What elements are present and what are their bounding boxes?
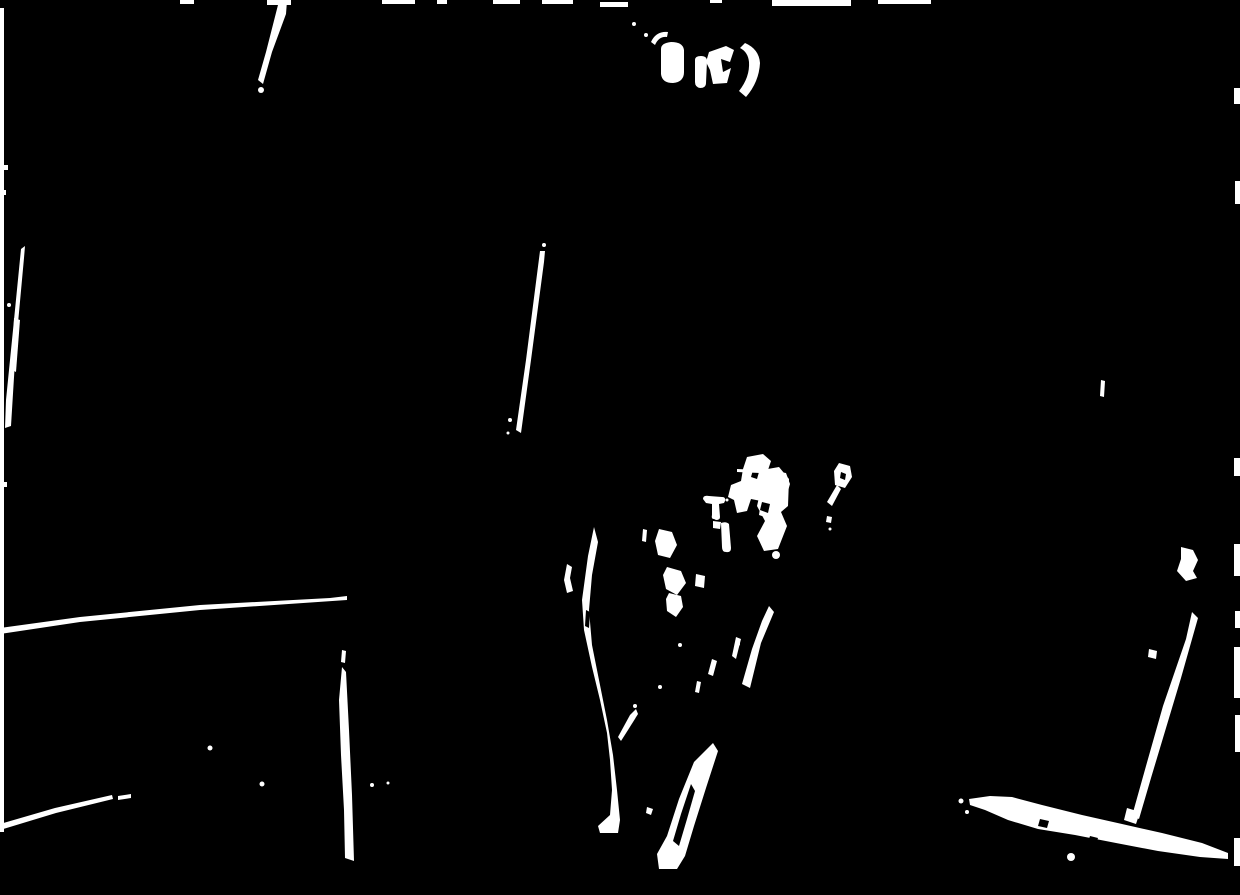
top-margin-dash-1 [180, 0, 194, 4]
hook-dash [826, 516, 832, 523]
mid-streak-dot-2 [507, 432, 510, 435]
right-margin-dash-6 [1234, 647, 1240, 698]
hook-dot [829, 528, 832, 531]
binarized-micrograph [0, 0, 1240, 895]
top-margin-dash-10 [878, 0, 931, 4]
right-margin-dash-2 [1235, 181, 1240, 204]
left-sliver-speck [7, 303, 11, 307]
figure-page: b [0, 0, 1240, 895]
dot-mid-left-3 [370, 783, 374, 787]
cluster-dot-circle [772, 551, 780, 559]
left-edge-tick-1 [0, 165, 8, 170]
top-margin-dash-8 [710, 0, 722, 3]
leg-dot-1 [678, 643, 682, 647]
left-edge-tick-2 [0, 190, 6, 195]
panel-label-mid-bar [695, 56, 707, 88]
cluster-dot-small [726, 499, 729, 502]
left-margin-strip [0, 8, 4, 832]
panel-label-left-oval [661, 42, 684, 83]
dot-mid-left-1 [208, 746, 213, 751]
panel-label-speck-2 [644, 33, 648, 37]
wedge-dot-2 [965, 810, 969, 814]
right-margin-dash-5 [1235, 611, 1240, 628]
wedge-dot-3 [1067, 853, 1075, 861]
right-margin-dash-4 [1234, 544, 1240, 576]
panel-label-speck-1 [632, 22, 636, 26]
center-ribbon-notch-bottom [595, 762, 602, 787]
center-ribbon-side-dot [633, 704, 637, 708]
right-margin-dash-3 [1234, 458, 1240, 476]
top-margin-dash-4 [437, 0, 447, 4]
top-margin-dash-3 [382, 0, 415, 4]
wedge-dot-1 [959, 799, 964, 804]
mid-streak-top-dot [542, 243, 546, 247]
top-margin-dash-5 [493, 0, 520, 4]
mid-streak-dot-1 [508, 418, 512, 422]
right-margin-dash-7 [1235, 715, 1240, 752]
cluster-mushroom-drip [713, 521, 721, 529]
right-margin-dash-8 [1234, 838, 1240, 866]
chain-square [695, 574, 705, 588]
leg-dot-2 [658, 685, 662, 689]
dot-mid-left-4 [387, 782, 390, 785]
top-margin-dash-9 [772, 0, 851, 6]
leg-dot-3 [736, 642, 740, 646]
top-margin-dash-7 [600, 2, 628, 7]
micrograph-background [0, 0, 1240, 895]
top-margin-dash-6 [542, 0, 573, 4]
dot-mid-left-2 [260, 782, 265, 787]
left-edge-tick-3 [0, 482, 7, 487]
top-left-streak-dot [258, 87, 264, 93]
right-margin-dash-1 [1234, 88, 1240, 104]
